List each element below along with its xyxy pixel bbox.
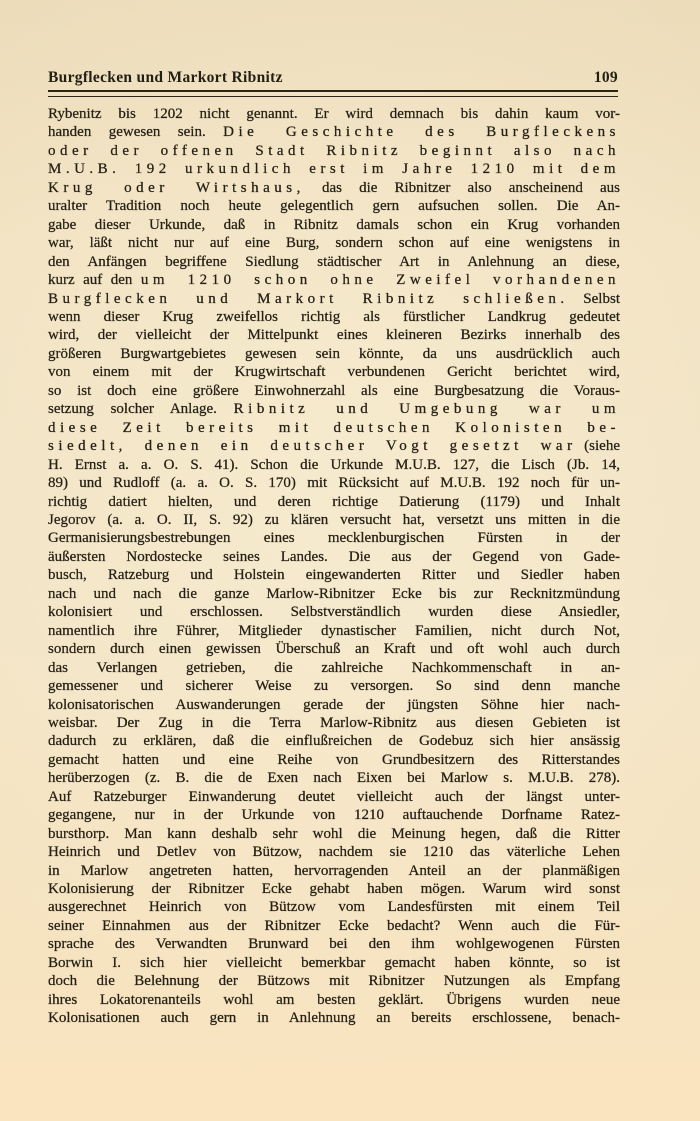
text-segment: Kolonisationen auch gern in Anlehnung an…	[48, 1010, 620, 1026]
text-line: von einem mit der Krugwirtschaft verbund…	[48, 363, 620, 381]
text-segment: sondern durch einen gewissen Überschuß a…	[48, 641, 620, 657]
text-line: gabe dieser Urkunde, daß in Ribnitz dama…	[48, 216, 620, 234]
text-segment: wenn dieser Krug zweifellos richtig als …	[48, 309, 620, 325]
text-line: sondern durch einen gewissen Überschuß a…	[48, 640, 620, 658]
body-text: Rybenitz bis 1202 nicht genannt. Er wird…	[48, 105, 620, 1028]
text-line: bursthorp. Man kann deshalb sehr wohl di…	[48, 825, 620, 843]
text-line: handen gewesen sein. Die Geschichte des …	[48, 123, 620, 141]
text-segment: herüberzogen (z. B. die de Exen nach Eix…	[48, 770, 620, 786]
text-line: dadurch zu erklären, daß die einflußreic…	[48, 732, 620, 750]
text-segment: H. Ernst a. a. O. S. 41). Schon die Urku…	[48, 457, 620, 473]
text-segment: 89) und Rudloff (a. a. O. S. 170) mit Rü…	[48, 475, 620, 491]
text-line: oder der offenen Stadt Ribnitz beginnt a…	[48, 142, 620, 160]
text-segment: das Verlangen getrieben, die zahlreiche …	[48, 660, 620, 676]
text-line: äußersten Nordostecke seines Landes. Die…	[48, 548, 620, 566]
text-segment: Auf Ratzeburger Einwanderung deutet viel…	[48, 789, 620, 805]
text-line: nach und nach die ganze Marlow-Ribnitzer…	[48, 585, 620, 603]
text-line: diese Zeit bereits mit deutschen Kolonis…	[48, 419, 620, 437]
letterspaced-text-segment: oder der offenen Stadt Ribnitz beginnt a…	[48, 143, 620, 159]
text-segment: doch die Belehnung der Bützows mit Ribni…	[48, 973, 620, 989]
letterspaced-text-segment: um 1210 schon ohne Zweifel vorhandenen	[141, 272, 620, 288]
running-head: Burgflecken und Markort Ribnitz 109	[48, 69, 618, 87]
text-segment: dadurch zu erklären, daß die einflußreic…	[48, 733, 620, 749]
letterspaced-text-segment: siedelt, denen ein deutscher Vogt gesetz…	[48, 438, 577, 454]
text-segment: handen gewesen sein.	[48, 124, 223, 140]
text-line: uralter Tradition noch heute gelegentlic…	[48, 197, 620, 215]
text-segment: setzung solcher Anlage.	[48, 401, 234, 417]
letterspaced-text-segment: diese Zeit bereits mit deutschen Kolonis…	[48, 420, 620, 436]
header-rule	[48, 90, 618, 97]
text-line: ihres Lokatorenanteils wohl am besten ge…	[48, 991, 620, 1009]
text-line: gemacht hatten und eine Reihe von Grundb…	[48, 751, 620, 769]
text-segment: kurz auf den	[48, 272, 141, 288]
running-title: Burgflecken und Markort Ribnitz	[48, 69, 283, 87]
text-segment: gemacht hatten und eine Reihe von Grundb…	[48, 752, 620, 768]
letterspaced-text-segment: Die Geschichte des Burgfleckens	[223, 124, 620, 140]
text-segment: Germanisierungsbestrebungen eines meckle…	[48, 530, 620, 546]
text-line: kolonisiert und erschlossen. Selbstverst…	[48, 603, 620, 621]
text-line: Heinrich und Detlev von Bützow, nachdem …	[48, 843, 620, 861]
text-line: Germanisierungsbestrebungen eines meckle…	[48, 529, 620, 547]
text-segment: richtig datiert hielten, und deren richt…	[48, 494, 620, 510]
text-segment: war, läßt nicht nur auf eine Burg, sonde…	[48, 235, 620, 251]
text-line: Burgflecken und Markort Ribnitz schließe…	[48, 290, 620, 308]
text-segment: busch, Ratzeburg und Holstein eingewande…	[48, 567, 620, 583]
text-segment: Kolonisierung der Ribnitzer Ecke gehabt …	[48, 881, 620, 897]
text-line: war, läßt nicht nur auf eine Burg, sonde…	[48, 234, 620, 252]
text-line: Auf Ratzeburger Einwanderung deutet viel…	[48, 788, 620, 806]
text-line: Rybenitz bis 1202 nicht genannt. Er wird…	[48, 105, 620, 123]
book-page: Burgflecken und Markort Ribnitz 109 Rybe…	[0, 0, 700, 1121]
text-segment: kolonisiert und erschlossen. Selbstverst…	[48, 604, 620, 620]
page-number: 109	[594, 69, 618, 87]
text-line: gegangene, nur in der Urkunde von 1210 a…	[48, 806, 620, 824]
text-line: Kolonisierung der Ribnitzer Ecke gehabt …	[48, 880, 620, 898]
letterspaced-text-segment: Ribnitz und Umgebung war um	[234, 401, 620, 417]
letterspaced-text-segment: Krug oder Wirtshaus,	[48, 180, 305, 196]
text-line: 89) und Rudloff (a. a. O. S. 170) mit Rü…	[48, 474, 620, 492]
text-segment: weisbar. Der Zug in die Terra Marlow-Rib…	[48, 715, 620, 731]
text-line: das Verlangen getrieben, die zahlreiche …	[48, 659, 620, 677]
text-line: den Anfängen begriffene Siedlung städtis…	[48, 253, 620, 271]
text-segment: in Marlow angetreten hatten, hervorragen…	[48, 863, 620, 879]
text-segment: so ist doch eine größere Einwohnerzahl a…	[48, 383, 620, 399]
letterspaced-text-segment: M.U.B. 192 urkundlich erst im Jahre 1210…	[48, 161, 620, 177]
text-segment: äußersten Nordostecke seines Landes. Die…	[48, 549, 620, 565]
text-segment: seiner Einnahmen aus der Ribnitzer Ecke …	[48, 918, 620, 934]
text-segment: gabe dieser Urkunde, daß in Ribnitz dama…	[48, 217, 620, 233]
text-line: richtig datiert hielten, und deren richt…	[48, 493, 620, 511]
text-segment: den Anfängen begriffene Siedlung städtis…	[48, 254, 620, 270]
text-segment: namentlich ihre Führer, Mitglieder dynas…	[48, 623, 620, 639]
text-line: seiner Einnahmen aus der Ribnitzer Ecke …	[48, 917, 620, 935]
text-line: ausgerechnet Heinrich von Bützow vom Lan…	[48, 898, 620, 916]
text-line: wird, der vielleicht der Mittelpunkt ein…	[48, 326, 620, 344]
text-line: setzung solcher Anlage. Ribnitz und Umge…	[48, 400, 620, 418]
text-line: namentlich ihre Führer, Mitglieder dynas…	[48, 622, 620, 640]
text-line: herüberzogen (z. B. die de Exen nach Eix…	[48, 769, 620, 787]
text-segment: Heinrich und Detlev von Bützow, nachdem …	[48, 844, 620, 860]
text-segment: ausgerechnet Heinrich von Bützow vom Lan…	[48, 899, 620, 915]
text-line: so ist doch eine größere Einwohnerzahl a…	[48, 382, 620, 400]
text-segment: sprache des Verwandten Brunward bei den …	[48, 936, 620, 952]
text-segment: uralter Tradition noch heute gelegentlic…	[48, 198, 620, 214]
text-line: größeren Burgwartgebietes gewesen sein k…	[48, 345, 620, 363]
text-line: weisbar. Der Zug in die Terra Marlow-Rib…	[48, 714, 620, 732]
text-line: busch, Ratzeburg und Holstein eingewande…	[48, 566, 620, 584]
text-line: kolonisatorischen Auswanderungen gerade …	[48, 696, 620, 714]
text-segment: gegangene, nur in der Urkunde von 1210 a…	[48, 807, 620, 823]
text-segment: größeren Burgwartgebietes gewesen sein k…	[48, 346, 620, 362]
text-segment: Rybenitz bis 1202 nicht genannt. Er wird…	[48, 106, 620, 122]
text-segment: nach und nach die ganze Marlow-Ribnitzer…	[48, 586, 620, 602]
text-line: Kolonisationen auch gern in Anlehnung an…	[48, 1009, 620, 1027]
text-line: gemessener und sicherer Weise zu versorg…	[48, 677, 620, 695]
text-segment: Selbst	[569, 291, 620, 307]
text-line: doch die Belehnung der Bützows mit Ribni…	[48, 972, 620, 990]
text-line: H. Ernst a. a. O. S. 41). Schon die Urku…	[48, 456, 620, 474]
text-segment: das die Ribnitzer also anscheinend aus	[305, 180, 620, 196]
text-line: Jegorov (a. a. O. II, S. 92) zu klären v…	[48, 511, 620, 529]
text-line: M.U.B. 192 urkundlich erst im Jahre 1210…	[48, 160, 620, 178]
text-segment: kolonisatorischen Auswanderungen gerade …	[48, 697, 620, 713]
text-line: in Marlow angetreten hatten, hervorragen…	[48, 862, 620, 880]
text-segment: (siehe	[577, 438, 620, 454]
text-segment: ihres Lokatorenanteils wohl am besten ge…	[48, 992, 620, 1008]
letterspaced-text-segment: Burgflecken und Markort Ribnitz schließe…	[48, 291, 569, 307]
text-segment: Jegorov (a. a. O. II, S. 92) zu klären v…	[48, 512, 620, 528]
text-line: kurz auf den um 1210 schon ohne Zweifel …	[48, 271, 620, 289]
text-segment: gemessener und sicherer Weise zu versorg…	[48, 678, 620, 694]
text-segment: Borwin I. sich hier vielleicht bemerkbar…	[48, 955, 620, 971]
text-line: siedelt, denen ein deutscher Vogt gesetz…	[48, 437, 620, 455]
text-line: sprache des Verwandten Brunward bei den …	[48, 935, 620, 953]
text-segment: wird, der vielleicht der Mittelpunkt ein…	[48, 327, 620, 343]
text-line: wenn dieser Krug zweifellos richtig als …	[48, 308, 620, 326]
text-segment: von einem mit der Krugwirtschaft verbund…	[48, 364, 620, 380]
text-line: Krug oder Wirtshaus, das die Ribnitzer a…	[48, 179, 620, 197]
text-line: Borwin I. sich hier vielleicht bemerkbar…	[48, 954, 620, 972]
text-segment: bursthorp. Man kann deshalb sehr wohl di…	[48, 826, 620, 842]
